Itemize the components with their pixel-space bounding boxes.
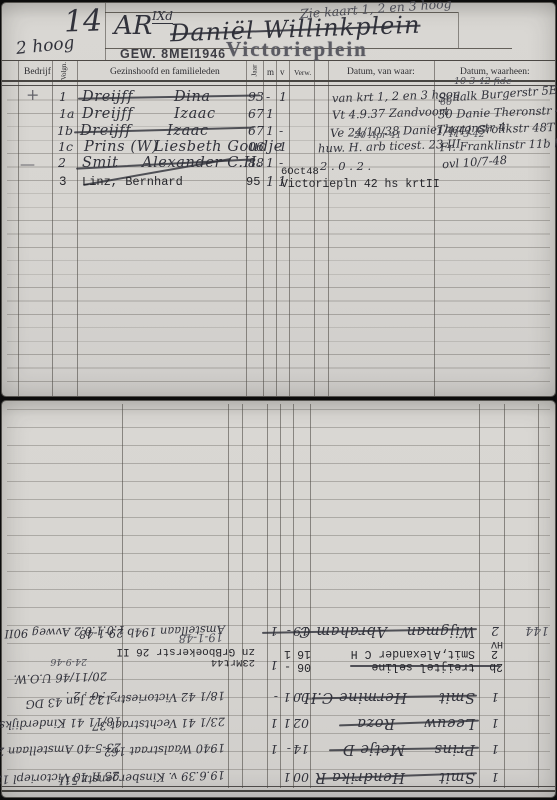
floor-note: 2 hoog [15,33,75,59]
row-volgnummer: 1 [491,770,499,785]
row-waarheen: 30 Danie Theronstr 4hs [438,103,557,122]
row-van-waar-note: 23Mrt44 [211,656,255,668]
row-volgnummer: 1 [491,716,499,731]
margin-mark: — [20,155,35,173]
col-gezinshoofd: Gezinshoofd en familieleden [110,67,220,77]
row-v: 1 [279,89,287,104]
row-volgnummer: 1 [59,89,67,104]
row-waarheen: 23-5-40 Amstellaan 20II [0,741,121,760]
row-jaar: 00 [293,770,309,785]
row-jaar: 19 [293,624,309,639]
row-v: 1 [270,624,278,639]
date-received-stamp: GEW. 8MEI1946 [120,47,226,61]
headbox-line-right [458,12,459,48]
row-v: 1 [270,658,278,673]
col-verw: Verw. [294,68,311,77]
row-m: - [287,742,291,757]
margin-note: 24-9-46 [50,656,87,667]
col-bedrijf: Bedrijf [24,67,51,77]
row-jaar: 67 [248,106,264,121]
row-surname: Prins (W) [84,139,158,155]
scan-page: 14 2 hoog AR IXd Daniël Willinkplein Zie… [0,0,557,800]
col-jaar: Jaar [250,64,259,76]
row-jaar: 88 [248,155,264,170]
row-v: 1 [270,742,278,757]
row-jaar: 06 [297,660,311,673]
row-van-waar: Vt 4.9.37 Zandvoort [332,104,449,122]
row-jaar: 67 [248,123,264,138]
row-surname: Smit [438,769,475,785]
row-firstname: Alexander C.H. [142,155,262,171]
row-jaar: 95 [246,175,260,189]
row-firstname: Izaac [174,106,216,122]
row-m: 1 [266,155,274,170]
row-surname: Prins [434,741,475,757]
row-jaar: 00 [293,690,309,705]
row-v: - [274,690,278,705]
row-jaar: 06 [248,139,264,154]
row-surname: Dreijff [82,89,133,105]
row-volgnummer: 1a [59,106,74,121]
table-row: + 1 Dreijff Dina 93 - 1 van krt 1, 2 en … [2,89,555,106]
row-volgnummer: 1 [491,742,499,757]
table-row: 1 Leeuw Roza 02 1 1 23/1 41 Vechtstraat … [2,714,555,731]
street-stamp: Victorieplein [226,37,368,62]
row-van-waar: 2 . 0 . 2 . [320,159,371,173]
margin-mark: 144 [525,624,549,639]
row-van-waar: zn GrBboekerstr 26 II [116,645,255,657]
row-surname: Smit [438,689,475,705]
row-firstname: Metje D [342,741,405,757]
row-waarheen-note: 60 [440,97,452,108]
col-volgnummer: Volgn. [60,62,68,80]
row-firstname: Abraham C [299,623,387,639]
row-surname: Leeuw [423,715,475,731]
row-surname: treijtel seline [371,660,475,673]
row-firstname: Roza [357,715,395,731]
row-jaar: 16 [297,647,311,660]
table-row: 1 Prins Metje D 14 - 1 1940 Waalstraat 1… [2,740,555,757]
row-van-waar: 1940 Waalstraat 162 [104,741,226,759]
row-v: 1 [279,139,287,154]
row-surname: Linz, Bernhard [82,175,183,189]
rotated-card-content: 1 Smit Hendrika R 00 1 19.6.39 v. Kinsbe… [2,401,555,797]
row-waarheen-note: 10-3-42 fide [454,76,512,87]
row-m: 1 [266,123,274,138]
row-m: 1 [283,716,291,731]
row-volgnummer: 2b [489,660,503,673]
register-card-front: 14 2 hoog AR IXd Daniël Willinkplein Zie… [2,3,555,396]
row-waarheen: ovl 10/7-48 [442,153,508,172]
row-m: - [284,660,291,673]
margin-note: HV [491,638,503,649]
table-row: 144 2 Wijgman Abraham C 19 - 1 Amstellaa… [2,622,555,639]
col-datum-van-waar: Datum, van waar: [347,67,415,77]
col-m: m [267,67,274,77]
district-code: AR [114,11,152,41]
row-m: 1 [284,647,291,660]
row-surname: Wijgman [406,623,475,639]
row-m: - [287,624,291,639]
register-card-back: 1 Smit Hendrika R 00 1 19.6.39 v. Kinsbe… [2,401,555,797]
col-v: v [280,67,285,77]
row-surname: Dreijff [82,106,133,122]
row-m: - [266,89,270,104]
row-v: 1 [270,716,278,731]
table-row: 3 Linz, Bernhard 95 1 1 6Oct48 Victoriep… [2,175,555,192]
row-m: 1 [266,106,274,121]
row-volgnummer: 2 [58,155,66,170]
row-surname: Smit [82,155,119,171]
row-van-waar-note: 6Oct48 [281,166,319,178]
row-firstname: Hendrika R [315,769,405,785]
row-m: 1 [283,770,291,785]
table-row: 1 Smit Hendrika R 00 1 19.6.39 v. Kinsbe… [2,768,555,785]
row-v: - [279,123,283,138]
row-surname: Dreijff [80,123,131,139]
row-van-waar: Victoriepln 42 hs krtII [281,178,440,191]
table-row: — 2 Smit Alexander C.H. 88 1 - 2 . 0 . 2… [2,155,555,172]
row-waarheen-note: 11-3-42 [448,129,485,140]
row-jaar: 14 [293,742,309,757]
row-jaar: 02 [293,716,309,731]
row-volgnummer: 1b [57,123,73,138]
row-firstname: Izaac [167,123,209,139]
table-row: 1c Prins (W) Liesbeth Goudje 06 1 huw. H… [2,139,555,156]
row-surname: Smit,Alexander C H [351,647,475,660]
row-volgnummer: 1c [58,139,73,154]
row-van-waar-note: 20 Apr 41 [354,130,402,141]
row-volgnummer: 3 [59,175,67,189]
row-firstname: Hermine C.H. [298,689,407,705]
row-jaar: 93 [248,89,264,104]
row-volgnummer: 1 [491,690,499,705]
row-m: 1 [283,690,291,705]
row-firstname: Dina [174,89,211,105]
row-volgnummer: 2 [491,624,499,639]
row-m: 1 [266,175,274,190]
margin-mark: + [26,85,39,104]
